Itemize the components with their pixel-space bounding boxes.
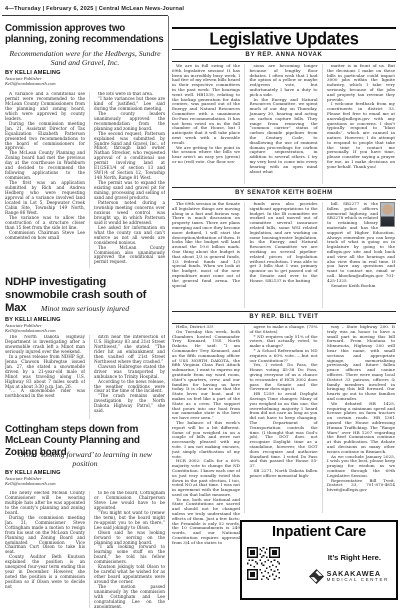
ad-title: Inpatient Care — [242, 524, 396, 540]
inpatient-care-ad: Inpatient Care — [240, 520, 398, 600]
article-column: bill. SB2277 is the fallen police office… — [322, 202, 396, 308]
commission-byline: BY KELLI AMELING Associate Publisher Kel… — [5, 70, 61, 86]
article-column: Hello, District 33!On Tuesday this week,… — [172, 325, 240, 595]
ndhp-subhead: Minot man seriously injured — [5, 304, 165, 313]
commission-subhead: Recommendation were for the Hedbergs, Su… — [5, 49, 165, 67]
ndhp-body: The North Dakota Highway Department is i… — [5, 335, 165, 419]
cottingham-subhead: Olson ‘looking forward’ to learning in n… — [14, 450, 156, 468]
ad-tagline: It’s Right Here. — [328, 553, 381, 562]
article-column: the lots were in that area.“I hate varia… — [89, 92, 165, 268]
commission-body: A variance and a conditional use permit … — [5, 92, 165, 268]
article-column: funds area also provides significant app… — [244, 202, 318, 308]
tveit-byline-bar: BY REP. BILL TVEIT — [172, 311, 396, 324]
brand-name: SAKAKAWEA — [327, 570, 389, 577]
article-column: matter is in front of us. But the decisi… — [322, 64, 396, 184]
cottingham-body: The newly elected Mclean County Commissi… — [5, 491, 165, 608]
sakakawea-brand-text: SAKAKAWEA MEDICAL CENTER — [327, 570, 389, 583]
masthead: 4—Thursday | February 6, 2025 | Central … — [5, 6, 184, 12]
article-column: agree to make a change. (75% of the Stat… — [244, 325, 318, 513]
byline-email: Kelli@nordakotanorth.com — [5, 481, 61, 486]
legislative-banner: Legislative Updates — [172, 29, 396, 50]
article-column: to be on the board, Cottingham or Commis… — [89, 491, 165, 608]
article-column: ditch near the intersection of U.S. High… — [89, 335, 165, 419]
boehm-body: The 69th session in the Senate all legis… — [172, 202, 395, 308]
brand-subtitle: MEDICAL CENTER — [327, 578, 389, 582]
cottingham-byline: BY KELLI AMELING Associate Publisher Kel… — [5, 470, 61, 486]
article-column: The newly elected Mclean County Commissi… — [5, 491, 85, 608]
senator-boehm-headshot — [380, 202, 395, 227]
boehm-byline-bar: BY SENATOR KEITH BOEHM — [172, 187, 396, 200]
masthead-rule — [2, 15, 168, 16]
commission-headline: Commission approves two planning, zoning… — [5, 23, 165, 45]
qr-code-icon — [247, 547, 280, 580]
sakakawea-diamond-icon — [309, 569, 324, 584]
article-column: sions are becoming longer because of len… — [244, 64, 318, 184]
byline-email: Kelli@nordakotanorth.com — [5, 328, 61, 333]
ndhp-byline: BY KELLI AMELING Associate Publisher Kel… — [5, 317, 61, 333]
article-column: way – State highway 200. It truly was an… — [322, 325, 396, 513]
novak-byline-bar: BY REP. ANNA NOVAK — [172, 49, 396, 62]
article-column: The 69th session in the Senate all legis… — [172, 202, 240, 308]
novak-body: We are in full swing of the 69th legisla… — [172, 64, 395, 184]
newspaper-page: 4—Thursday | February 6, 2025 | Central … — [0, 0, 400, 614]
sakakawea-logo: SAKAKAWEA MEDICAL CENTER — [309, 569, 389, 584]
article-column: The North Dakota Highway Department is i… — [5, 335, 85, 419]
byline-email: Kelli@nordakotanorth.com — [5, 81, 61, 86]
article-column: We are in full swing of the 69th legisla… — [172, 64, 240, 184]
article-column: A variance and a conditional use permit … — [5, 92, 85, 268]
